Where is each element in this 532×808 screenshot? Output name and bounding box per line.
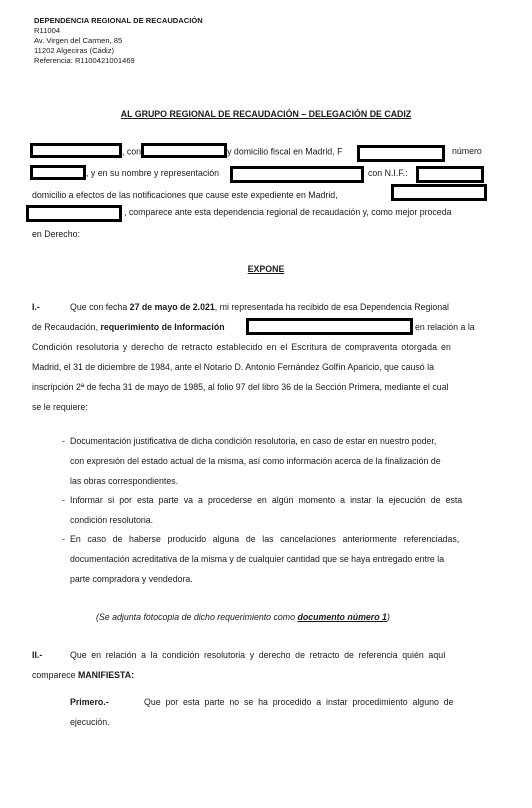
text: , mi representada ha recibido de esa Dep… bbox=[215, 302, 449, 312]
text: (Se adjunta fotocopia de dicho requerimi… bbox=[96, 612, 297, 622]
section-1-line-3: Condición resolutoria y derecho de retra… bbox=[32, 342, 451, 353]
text: F bbox=[337, 146, 342, 156]
manifiesta-label: MANIFIESTA: bbox=[78, 670, 134, 680]
bullet-3-line-2: documentación acreditativa de la misma y… bbox=[70, 554, 444, 565]
primero-line-2: ejecución. bbox=[70, 717, 110, 728]
bullet-1-line-1: Documentación justificativa de dicha con… bbox=[70, 436, 436, 447]
nif-label: con N.I.F.: bbox=[368, 168, 408, 179]
redaction-box bbox=[230, 166, 364, 183]
section-2-line-1: Que en relación a la condición resolutor… bbox=[70, 650, 446, 661]
section-1-number: I.- bbox=[32, 302, 40, 313]
date: 27 de mayo de 2.021 bbox=[130, 302, 215, 312]
requirement-label: requerimiento de Información bbox=[100, 322, 224, 332]
bullet-1-line-2: con expresión del estado actual de la mi… bbox=[70, 456, 441, 467]
section-1-line-6: se le requiere: bbox=[32, 402, 88, 413]
text: Que con fecha bbox=[70, 302, 130, 312]
section-1-line-4: Madrid, el 31 de diciembre de 1984, ante… bbox=[32, 362, 434, 373]
intro-line-4: , comparece ante esta dependencia region… bbox=[124, 207, 451, 218]
office-name: DEPENDENCIA REGIONAL DE RECAUDACIÓN bbox=[34, 16, 203, 26]
office-code: R11004 bbox=[34, 26, 60, 36]
section-1-line-1: Que con fecha 27 de mayo de 2.021, mi re… bbox=[70, 302, 449, 313]
reference-number: Referencia: R1100421001469 bbox=[34, 56, 135, 66]
bullet-2-line-1: Informar si por esta parte va a proceder… bbox=[70, 495, 462, 506]
bullet-3-line-1: En caso de haberse producido alguna de l… bbox=[70, 534, 459, 545]
text: comparece bbox=[32, 670, 78, 680]
redaction-box bbox=[26, 205, 122, 222]
intro-line-5: en Derecho: bbox=[32, 229, 80, 240]
intro-line-1: , cony domicilio fiscal en Madrid, F bbox=[30, 146, 342, 158]
document-reference: documento número 1 bbox=[297, 612, 386, 622]
office-street: Av. Virgen del Carmen, 85 bbox=[34, 36, 122, 46]
text: ) bbox=[387, 612, 390, 622]
section-1-line-2-end: en relación a la bbox=[415, 322, 475, 333]
section-2-number: II.- bbox=[32, 650, 42, 661]
bullet-2-line-2: condición resolutoria. bbox=[70, 515, 153, 526]
redaction-box bbox=[357, 145, 445, 162]
document-title: AL GRUPO REGIONAL DE RECAUDACIÓN – DELEG… bbox=[0, 109, 532, 119]
intro-line-2-text: , y en su nombre y representación bbox=[86, 168, 219, 179]
section-1-line-5: inscripción 2ª de fecha 31 de mayo de 19… bbox=[32, 382, 448, 393]
attachment-note: (Se adjunta fotocopia de dicho requerimi… bbox=[96, 612, 390, 623]
intro-line-2 bbox=[30, 168, 86, 180]
bullet-1-line-3: las obras correspondientes. bbox=[70, 476, 178, 487]
text: de Recaudación, bbox=[32, 322, 100, 332]
primero-label: Primero.- bbox=[70, 697, 109, 708]
primero-line-1: Que por esta parte no se ha procedido a … bbox=[144, 697, 454, 708]
redaction-box bbox=[30, 143, 122, 158]
bullet-dash: - bbox=[62, 534, 65, 545]
redaction-box bbox=[391, 184, 487, 201]
bullet-3-line-3: parte compradora y vendedora. bbox=[70, 574, 193, 585]
section-1-line-2: de Recaudación, requerimiento de Informa… bbox=[32, 322, 225, 333]
redaction-box bbox=[141, 143, 227, 158]
redaction-box bbox=[246, 318, 413, 335]
text: , con bbox=[122, 146, 141, 156]
bullet-dash: - bbox=[62, 495, 65, 506]
bullet-dash: - bbox=[62, 436, 65, 447]
intro-line-3: domicilio a efectos de las notificacione… bbox=[32, 190, 338, 201]
section-2-line-2: comparece MANIFIESTA: bbox=[32, 670, 134, 681]
redaction-box bbox=[30, 165, 86, 180]
expone-heading: EXPONE bbox=[0, 264, 532, 274]
redaction-box bbox=[416, 166, 484, 183]
office-city: 11202 Algeciras (Cádiz) bbox=[34, 46, 114, 56]
intro-numero: número bbox=[452, 146, 482, 157]
text: y domicilio fiscal en Madrid, bbox=[227, 146, 337, 156]
